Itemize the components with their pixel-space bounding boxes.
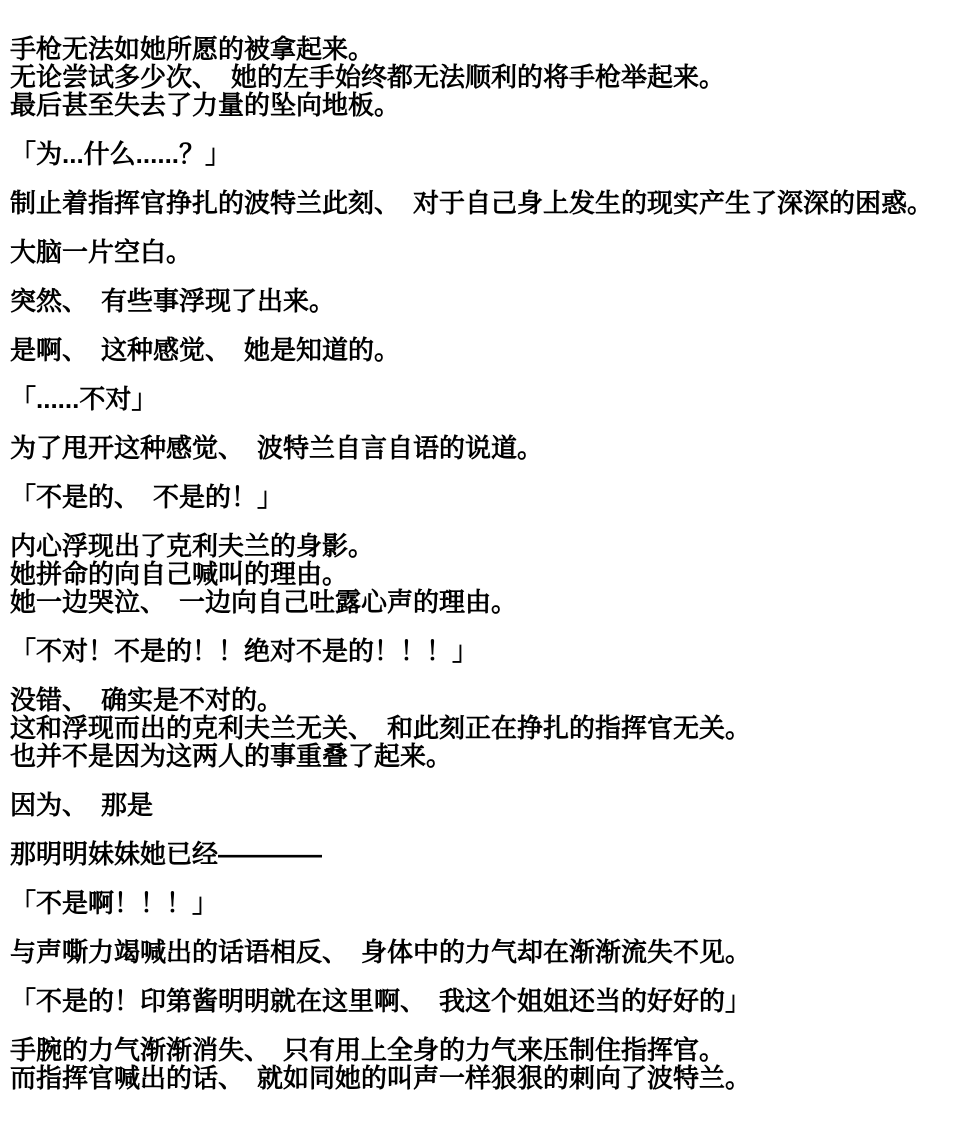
text-line: 与声嘶力竭喊出的话语相反、 身体中的力气却在渐渐流失不见。 xyxy=(10,938,968,966)
paragraph: 大脑一片空白。 xyxy=(10,238,968,266)
text-line: 这和浮现而出的克利夫兰无关、 和此刻正在挣扎的指挥官无关。 xyxy=(10,714,968,742)
paragraph: 没错、 确实是不对的。这和浮现而出的克利夫兰无关、 和此刻正在挣扎的指挥官无关。… xyxy=(10,686,968,770)
paragraph: 与声嘶力竭喊出的话语相反、 身体中的力气却在渐渐流失不见。 xyxy=(10,938,968,966)
text-line: 大脑一片空白。 xyxy=(10,238,968,266)
paragraph: 手腕的力气渐渐消失、 只有用上全身的力气来压制住指挥官。而指挥官喊出的话、 就如… xyxy=(10,1036,968,1092)
text-line: 是啊、 这种感觉、 她是知道的。 xyxy=(10,336,968,364)
paragraph: 「......不对」 xyxy=(10,385,968,413)
text-line: 突然、 有些事浮现了出来。 xyxy=(10,287,968,315)
text-line: 制止着指挥官挣扎的波特兰此刻、 对于自己身上发生的现实产生了深深的困惑。 xyxy=(10,189,968,217)
text-line: 「不对！不是的！！绝对不是的！！！」 xyxy=(10,637,968,665)
paragraph: 「不是啊！！！」 xyxy=(10,889,968,917)
novel-text-page: 手枪无法如她所愿的被拿起来。无论尝试多少次、 她的左手始终都无法顺利的将手枪举起… xyxy=(0,0,968,1126)
text-line: 「......不对」 xyxy=(10,385,968,413)
paragraph: 「不是的、 不是的！」 xyxy=(10,483,968,511)
text-line: 而指挥官喊出的话、 就如同她的叫声一样狠狠的刺向了波特兰。 xyxy=(10,1064,968,1092)
paragraph: 「为...什么......？」 xyxy=(10,140,968,168)
text-line: 为了甩开这种感觉、 波特兰自言自语的说道。 xyxy=(10,434,968,462)
paragraph: 「不是的！印第酱明明就在这里啊、 我这个姐姐还当的好好的」 xyxy=(10,987,968,1015)
paragraph: 因为、 那是 xyxy=(10,791,968,819)
paragraph: 那明明妹妹她已经———— xyxy=(10,840,968,868)
text-line: 没错、 确实是不对的。 xyxy=(10,686,968,714)
paragraph: 突然、 有些事浮现了出来。 xyxy=(10,287,968,315)
text-content: 手枪无法如她所愿的被拿起来。无论尝试多少次、 她的左手始终都无法顺利的将手枪举起… xyxy=(10,35,968,1092)
text-line: 她拼命的向自己喊叫的理由。 xyxy=(10,560,968,588)
text-line: 「不是的！印第酱明明就在这里啊、 我这个姐姐还当的好好的」 xyxy=(10,987,968,1015)
paragraph: 是啊、 这种感觉、 她是知道的。 xyxy=(10,336,968,364)
paragraph: 为了甩开这种感觉、 波特兰自言自语的说道。 xyxy=(10,434,968,462)
text-line: 那明明妹妹她已经———— xyxy=(10,840,968,868)
text-line: 「不是啊！！！」 xyxy=(10,889,968,917)
text-line: 内心浮现出了克利夫兰的身影。 xyxy=(10,532,968,560)
text-line: 无论尝试多少次、 她的左手始终都无法顺利的将手枪举起来。 xyxy=(10,63,968,91)
text-line: 因为、 那是 xyxy=(10,791,968,819)
text-line: 也并不是因为这两人的事重叠了起来。 xyxy=(10,742,968,770)
paragraph: 手枪无法如她所愿的被拿起来。无论尝试多少次、 她的左手始终都无法顺利的将手枪举起… xyxy=(10,35,968,119)
text-line: 「不是的、 不是的！」 xyxy=(10,483,968,511)
text-line: 她一边哭泣、 一边向自己吐露心声的理由。 xyxy=(10,588,968,616)
paragraph: 「不对！不是的！！绝对不是的！！！」 xyxy=(10,637,968,665)
text-line: 手腕的力气渐渐消失、 只有用上全身的力气来压制住指挥官。 xyxy=(10,1036,968,1064)
text-line: 手枪无法如她所愿的被拿起来。 xyxy=(10,35,968,63)
paragraph: 制止着指挥官挣扎的波特兰此刻、 对于自己身上发生的现实产生了深深的困惑。 xyxy=(10,189,968,217)
text-line: 「为...什么......？」 xyxy=(10,140,968,168)
text-line: 最后甚至失去了力量的坠向地板。 xyxy=(10,91,968,119)
paragraph: 内心浮现出了克利夫兰的身影。她拼命的向自己喊叫的理由。她一边哭泣、 一边向自己吐… xyxy=(10,532,968,616)
